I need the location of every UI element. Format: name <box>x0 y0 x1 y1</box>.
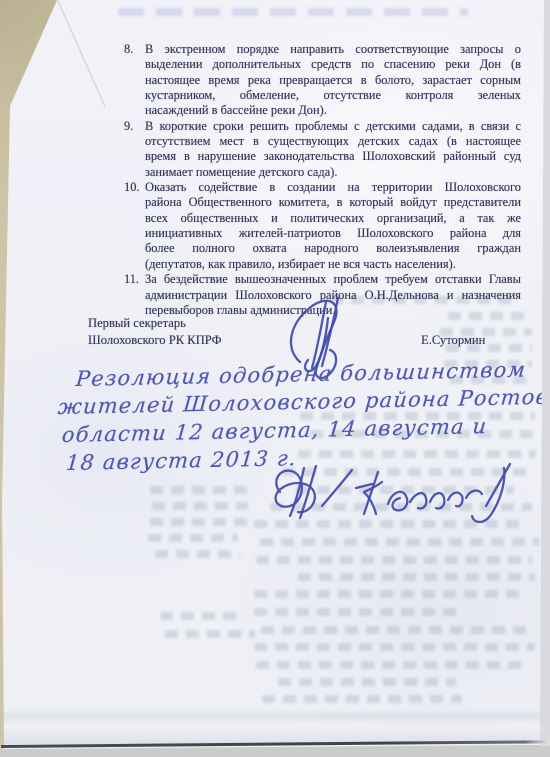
resolution-item-number: 8. <box>124 42 133 57</box>
resolution-item-line: района Общественного комитета, в который… <box>123 195 521 210</box>
resolution-item-number: 10. <box>124 180 140 195</box>
resolution-item-line: всех общественных и политических организ… <box>123 211 521 226</box>
resolution-item-line: кустарником, обмеление, отсутствие контр… <box>123 88 521 103</box>
bleedthrough-line <box>160 612 240 620</box>
bleedthrough-line <box>118 8 468 16</box>
bleedthrough-line <box>150 518 248 526</box>
resolution-item-line: занимает помещение детского сада). <box>123 165 521 180</box>
bleedthrough-line <box>254 643 535 651</box>
bleedthrough-line <box>261 626 534 634</box>
bleedthrough-line <box>155 550 240 558</box>
bleedthrough-line <box>254 590 526 598</box>
scanned-document-page: В экстренном порядке направить соответст… <box>0 0 550 757</box>
bleedthrough-line <box>256 661 522 669</box>
bleedthrough-line <box>165 630 255 638</box>
resolution-item-line: насаждений в бассейне реки Дон). <box>123 103 521 118</box>
resolution-item-line: инициативных жителей-патриотов Шолоховск… <box>123 226 521 241</box>
resolution-item-line: В экстренном порядке направить соответст… <box>123 42 521 57</box>
bleedthrough-line <box>298 450 536 458</box>
handwritten-line-3: области 12 августа, 14 августа и <box>61 414 488 447</box>
resolution-item-line: настоящее время река превращается в боло… <box>123 73 521 88</box>
resolution-item-line: Оказать содействие в создании на террито… <box>123 180 521 195</box>
signatory-title-line1: Первый секретарь <box>88 316 186 331</box>
resolution-item-line: За бездействие вышеозначенных проблем тр… <box>123 272 521 287</box>
paper-sheet: В экстренном порядке направить соответст… <box>0 0 550 757</box>
resolution-item-line: В короткие сроки решить проблемы с детск… <box>123 119 521 134</box>
signatory-title-line2: Шолоховского РК КПРФ <box>88 333 222 348</box>
resolution-item-line: время в нарушение законодательства Шолох… <box>123 149 521 164</box>
resolution-item-line: (депутатов, как правило, избирает не вся… <box>123 257 521 272</box>
resolution-item-line: более полного охвата народного волеизъяв… <box>123 241 521 256</box>
bleedthrough-line <box>148 534 238 542</box>
resolution-list: В экстренном порядке направить соответст… <box>123 42 521 318</box>
folded-corner-edge <box>56 0 108 108</box>
paper-crease-shadow <box>0 709 550 724</box>
approval-signature <box>260 458 518 530</box>
bleedthrough-line <box>278 678 456 686</box>
bleedthrough-line <box>262 695 462 703</box>
bleedthrough-line <box>298 573 535 581</box>
resolution-item-number: 9. <box>124 119 133 134</box>
resolution-item-line: выделении дополнительных средств по спас… <box>123 57 521 72</box>
resolution-item-line: отсутствием мест в существующих детских … <box>123 134 521 149</box>
signatory-name: Е.Сутормин <box>421 333 485 348</box>
bleedthrough-line <box>152 502 248 510</box>
bleedthrough-line <box>256 556 532 564</box>
bleedthrough-line <box>260 538 539 546</box>
bleedthrough-line <box>150 486 250 494</box>
bleedthrough-line <box>254 608 460 616</box>
resolution-item-number: 11. <box>124 272 139 287</box>
